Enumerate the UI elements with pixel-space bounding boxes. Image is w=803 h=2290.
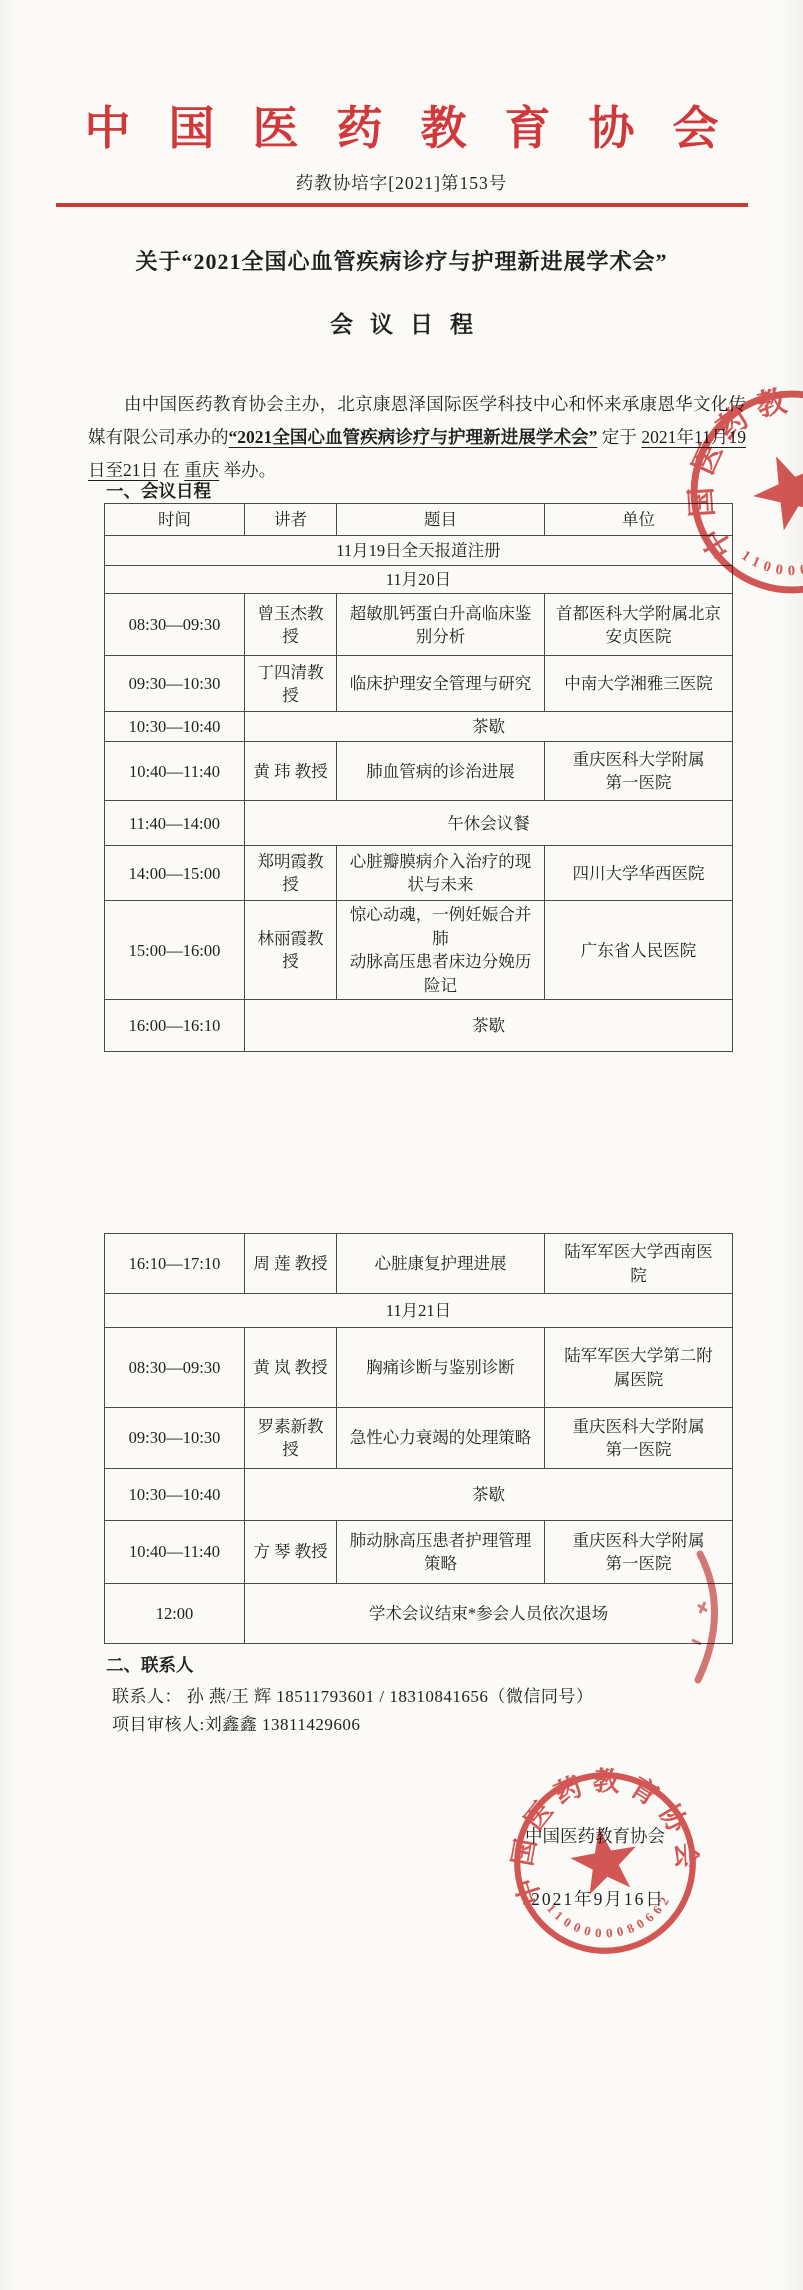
project-reviewer: 项目审核人:刘鑫鑫 13811429606 — [112, 1710, 360, 1735]
signature-date: 2021年9月16日 — [512, 1886, 684, 1911]
org-cell: 中南大学湘雅三医院 — [545, 656, 733, 712]
table-row: 08:30—09:30黄 岚 教授胸痛诊断与鉴别诊断陆军军医大学第二附 属医院 — [105, 1328, 733, 1408]
org-cell: 陆军军医大学第二附 属医院 — [545, 1328, 733, 1408]
table-row: 10:40—11:40方 琴 教授肺动脉高压患者护理管理 策略重庆医科大学附属 … — [105, 1521, 733, 1584]
time-cell: 10:30—10:40 — [105, 1469, 245, 1521]
doc-title: 关于“2021全国心血管疾病诊疗与护理新进展学术会” — [0, 245, 803, 276]
session-span-cell: 11月19日全天报道注册 — [105, 536, 733, 566]
speaker-cell: 黄 岚 教授 — [245, 1328, 337, 1408]
session-span-cell: 茶歇 — [245, 1469, 733, 1521]
time-cell: 14:00—15:00 — [105, 846, 245, 901]
time-cell: 10:40—11:40 — [105, 1521, 245, 1584]
table-row: 16:10—17:10周 莲 教授心脏康复护理进展陆军军医大学西南医 院 — [105, 1234, 733, 1294]
time-cell: 16:10—17:10 — [105, 1234, 245, 1294]
topic-cell: 胸痛诊断与鉴别诊断 — [337, 1328, 545, 1408]
table-row: 16:00—16:10茶歇 — [105, 1000, 733, 1052]
time-cell: 08:30—09:30 — [105, 1328, 245, 1408]
topic-cell: 肺血管病的诊治进展 — [337, 742, 545, 801]
speaker-cell: 周 莲 教授 — [245, 1234, 337, 1294]
table-row: 14:00—15:00郑明霞教授心脏瓣膜病介入治疗的现 状与未来四川大学华西医院 — [105, 846, 733, 901]
table-row: 10:30—10:40茶歇 — [105, 712, 733, 742]
schedule-table-1: 时间讲者题目单位11月19日全天报道注册11月20日08:30—09:30曾玉杰… — [104, 503, 733, 1052]
session-span-cell: 11月21日 — [105, 1294, 733, 1328]
section-heading-contacts: 二、联系人 — [106, 1652, 194, 1677]
session-span-cell: 11月20日 — [105, 566, 733, 594]
schedule-table-2: 16:10—17:10周 莲 教授心脏康复护理进展陆军军医大学西南医 院11月2… — [104, 1233, 733, 1644]
org-title: 中国医药教育协会 — [0, 92, 803, 158]
time-cell: 09:30—10:30 — [105, 656, 245, 712]
doc-subtitle: 会议日程 — [0, 306, 803, 339]
org-cell: 重庆医科大学附属 第一医院 — [545, 1408, 733, 1469]
org-cell: 重庆医科大学附属 第一医院 — [545, 1521, 733, 1584]
column-header: 时间 — [105, 504, 245, 536]
speaker-cell: 方 琴 教授 — [245, 1521, 337, 1584]
topic-cell: 临床护理安全管理与研究 — [337, 656, 545, 712]
intro-text-3: 在 — [158, 460, 184, 480]
speaker-cell: 曾玉杰教授 — [245, 594, 337, 656]
org-cell: 重庆医科大学附属 第一医院 — [545, 742, 733, 801]
session-span-cell: 茶歇 — [245, 1000, 733, 1052]
topic-cell: 急性心力衰竭的处理策略 — [337, 1408, 545, 1469]
org-cell: 四川大学华西医院 — [545, 846, 733, 901]
table-row: 11月20日 — [105, 566, 733, 594]
topic-cell: 肺动脉高压患者护理管理 策略 — [337, 1521, 545, 1584]
section-heading-schedule: 一、会议日程 — [106, 478, 211, 503]
doc-number: 药教协培字[2021]第153号 — [0, 170, 803, 195]
topic-cell: 超敏肌钙蛋白升高临床鉴 别分析 — [337, 594, 545, 656]
topic-cell: 惊心动魂，一例妊娠合并肺 动脉高压患者床边分娩历 险记 — [337, 901, 545, 1000]
svg-text:1100000080662: 1100000080662 — [735, 493, 803, 603]
column-header: 题目 — [337, 504, 545, 536]
table-row: 15:00—16:00林丽霞教授惊心动魂，一例妊娠合并肺 动脉高压患者床边分娩历… — [105, 901, 733, 1000]
time-cell: 11:40—14:00 — [105, 801, 245, 846]
time-cell: 15:00—16:00 — [105, 901, 245, 1000]
table-row: 11月19日全天报道注册 — [105, 536, 733, 566]
org-cell: 陆军军医大学西南医 院 — [545, 1234, 733, 1294]
contact-persons: 联系人： 孙 燕/王 辉 18511793601 / 18310841656（微… — [112, 1682, 593, 1707]
table-row: 09:30—10:30罗素新教授急性心力衰竭的处理策略重庆医科大学附属 第一医院 — [105, 1408, 733, 1469]
column-header: 讲者 — [245, 504, 337, 536]
official-seal-icon: 中国医药教育协会 1100000080662 — [495, 1753, 715, 1973]
column-header: 单位 — [545, 504, 733, 536]
conference-city: 重庆 — [184, 460, 219, 480]
speaker-cell: 罗素新教授 — [245, 1408, 337, 1469]
table-row: 08:30—09:30曾玉杰教授超敏肌钙蛋白升高临床鉴 别分析首都医科大学附属北… — [105, 594, 733, 656]
session-span-cell: 午休会议餐 — [245, 801, 733, 846]
time-cell: 10:30—10:40 — [105, 712, 245, 742]
intro-text-2: 定于 — [597, 427, 641, 447]
table-row: 10:30—10:40茶歇 — [105, 1469, 733, 1521]
star-icon — [742, 441, 803, 536]
header-rule — [56, 203, 748, 207]
org-cell: 首都医科大学附属北京 安贞医院 — [545, 594, 733, 656]
topic-cell: 心脏瓣膜病介入治疗的现 状与未来 — [337, 846, 545, 901]
scanned-document-page: 中国医药教育协会 药教协培字[2021]第153号 关于“2021全国心血管疾病… — [0, 0, 803, 2290]
speaker-cell: 丁四清教授 — [245, 656, 337, 712]
org-cell: 广东省人民医院 — [545, 901, 733, 1000]
signature-org: 中国医药教育协会 — [515, 1823, 675, 1848]
table-row: 11:40—14:00午休会议餐 — [105, 801, 733, 846]
time-cell: 09:30—10:30 — [105, 1408, 245, 1469]
table-row: 12:00学术会议结束*参会人员依次退场 — [105, 1584, 733, 1644]
time-cell: 08:30—09:30 — [105, 594, 245, 656]
session-span-cell: 学术会议结束*参会人员依次退场 — [245, 1584, 733, 1644]
conference-name: “2021全国心血管疾病诊疗与护理新进展学术会” — [229, 427, 598, 447]
topic-cell: 心脏康复护理进展 — [337, 1234, 545, 1294]
table-header-row: 时间讲者题目单位 — [105, 504, 733, 536]
time-cell: 10:40—11:40 — [105, 742, 245, 801]
time-cell: 12:00 — [105, 1584, 245, 1644]
table-row: 10:40—11:40黄 玮 教授肺血管病的诊治进展重庆医科大学附属 第一医院 — [105, 742, 733, 801]
table-row: 11月21日 — [105, 1294, 733, 1328]
speaker-cell: 林丽霞教授 — [245, 901, 337, 1000]
table-row: 09:30—10:30丁四清教授临床护理安全管理与研究中南大学湘雅三医院 — [105, 656, 733, 712]
intro-paragraph: 由中国医药教育协会主办，北京康恩泽国际医学科技中心和怀来承康恩华文化传媒有限公司… — [88, 388, 746, 487]
speaker-cell: 黄 玮 教授 — [245, 742, 337, 801]
intro-text-4: 举办。 — [219, 460, 276, 480]
time-cell: 16:00—16:10 — [105, 1000, 245, 1052]
session-span-cell: 茶歇 — [245, 712, 733, 742]
speaker-cell: 郑明霞教授 — [245, 846, 337, 901]
